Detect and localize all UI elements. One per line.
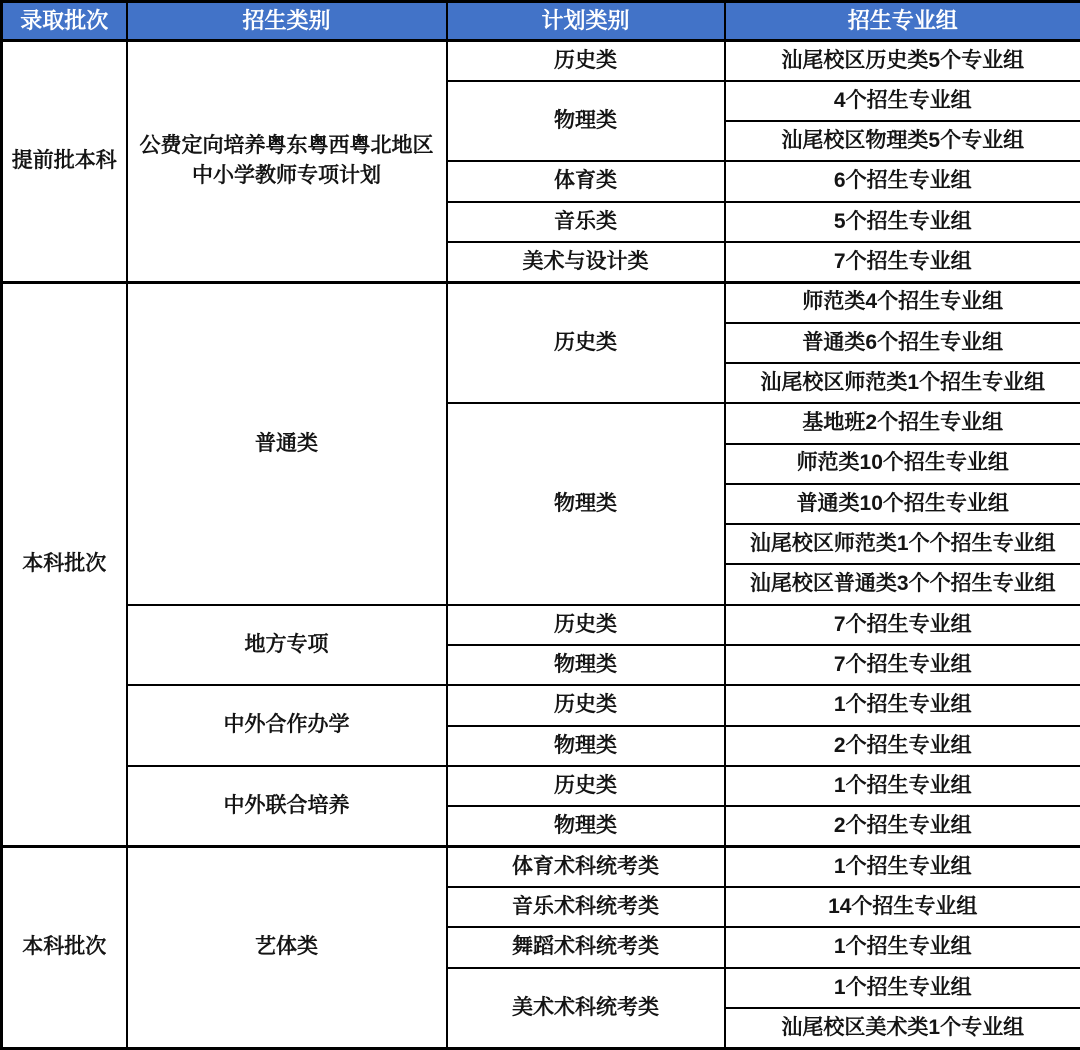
- cell-admission-batch: 提前批本科: [2, 40, 127, 282]
- table-row: 提前批本科 公费定向培养粤东粤西粤北地区中小学教师专项计划 历史类 汕尾校区历史…: [2, 40, 1080, 80]
- cell-admission-category: 中外联合培养: [127, 766, 447, 847]
- cell-major-group: 汕尾校区美术类1个专业组: [725, 1008, 1080, 1049]
- table-body: 提前批本科 公费定向培养粤东粤西粤北地区中小学教师专项计划 历史类 汕尾校区历史…: [2, 40, 1080, 1048]
- header-admission-category: 招生类别: [127, 2, 447, 41]
- header-major-group: 招生专业组: [725, 2, 1080, 41]
- cell-plan-category: 体育术科统考类: [447, 847, 725, 887]
- cell-major-group: 汕尾校区师范类1个个招生专业组: [725, 524, 1080, 564]
- cell-plan-category: 体育类: [447, 161, 725, 201]
- header-plan-category: 计划类别: [447, 2, 725, 41]
- table-row: 中外联合培养 历史类 1个招生专业组: [2, 766, 1080, 806]
- cell-major-group: 汕尾校区普通类3个个招生专业组: [725, 564, 1080, 604]
- cell-plan-category: 舞蹈术科统考类: [447, 927, 725, 967]
- cell-admission-category: 公费定向培养粤东粤西粤北地区中小学教师专项计划: [127, 40, 447, 282]
- cell-plan-category: 物理类: [447, 403, 725, 605]
- header-row: 录取批次 招生类别 计划类别 招生专业组: [2, 2, 1080, 41]
- cell-major-group: 6个招生专业组: [725, 161, 1080, 201]
- cell-major-group: 2个招生专业组: [725, 726, 1080, 766]
- cell-plan-category: 美术与设计类: [447, 242, 725, 282]
- cell-major-group: 基地班2个招生专业组: [725, 403, 1080, 443]
- cell-major-group: 1个招生专业组: [725, 847, 1080, 887]
- cell-major-group: 2个招生专业组: [725, 806, 1080, 846]
- cell-admission-batch: 本科批次: [2, 282, 127, 846]
- cell-major-group: 1个招生专业组: [725, 968, 1080, 1008]
- cell-plan-category: 音乐类: [447, 202, 725, 242]
- cell-plan-category: 物理类: [447, 645, 725, 685]
- cell-plan-category: 历史类: [447, 685, 725, 725]
- cell-major-group: 4个招生专业组: [725, 81, 1080, 121]
- cell-admission-category: 地方专项: [127, 605, 447, 686]
- cell-plan-category: 历史类: [447, 282, 725, 403]
- cell-major-group: 普通类10个招生专业组: [725, 484, 1080, 524]
- cell-admission-category: 普通类: [127, 282, 447, 605]
- cell-plan-category: 物理类: [447, 806, 725, 846]
- cell-plan-category: 美术术科统考类: [447, 968, 725, 1049]
- cell-major-group: 普通类6个招生专业组: [725, 323, 1080, 363]
- admissions-table: 录取批次 招生类别 计划类别 招生专业组 提前批本科 公费定向培养粤东粤西粤北地…: [0, 0, 1080, 1050]
- cell-plan-category: 历史类: [447, 40, 725, 80]
- table-row: 本科批次 艺体类 体育术科统考类 1个招生专业组: [2, 847, 1080, 887]
- cell-admission-category: 艺体类: [127, 847, 447, 1049]
- cell-major-group: 师范类4个招生专业组: [725, 282, 1080, 322]
- table-header: 录取批次 招生类别 计划类别 招生专业组: [2, 2, 1080, 41]
- cell-major-group: 汕尾校区师范类1个招生专业组: [725, 363, 1080, 403]
- cell-major-group: 1个招生专业组: [725, 766, 1080, 806]
- cell-admission-batch: 本科批次: [2, 847, 127, 1049]
- cell-major-group: 7个招生专业组: [725, 645, 1080, 685]
- cell-major-group: 1个招生专业组: [725, 685, 1080, 725]
- cell-plan-category: 物理类: [447, 726, 725, 766]
- cell-major-group: 14个招生专业组: [725, 887, 1080, 927]
- cell-major-group: 汕尾校区物理类5个专业组: [725, 121, 1080, 161]
- header-admission-batch: 录取批次: [2, 2, 127, 41]
- cell-major-group: 5个招生专业组: [725, 202, 1080, 242]
- cell-plan-category: 历史类: [447, 605, 725, 645]
- cell-major-group: 师范类10个招生专业组: [725, 444, 1080, 484]
- cell-admission-category: 中外合作办学: [127, 685, 447, 766]
- table-row: 本科批次 普通类 历史类 师范类4个招生专业组: [2, 282, 1080, 322]
- cell-major-group: 7个招生专业组: [725, 605, 1080, 645]
- cell-plan-category: 物理类: [447, 81, 725, 162]
- cell-major-group: 7个招生专业组: [725, 242, 1080, 282]
- cell-major-group: 1个招生专业组: [725, 927, 1080, 967]
- cell-plan-category: 历史类: [447, 766, 725, 806]
- table-row: 地方专项 历史类 7个招生专业组: [2, 605, 1080, 645]
- cell-major-group: 汕尾校区历史类5个专业组: [725, 40, 1080, 80]
- table-row: 中外合作办学 历史类 1个招生专业组: [2, 685, 1080, 725]
- cell-plan-category: 音乐术科统考类: [447, 887, 725, 927]
